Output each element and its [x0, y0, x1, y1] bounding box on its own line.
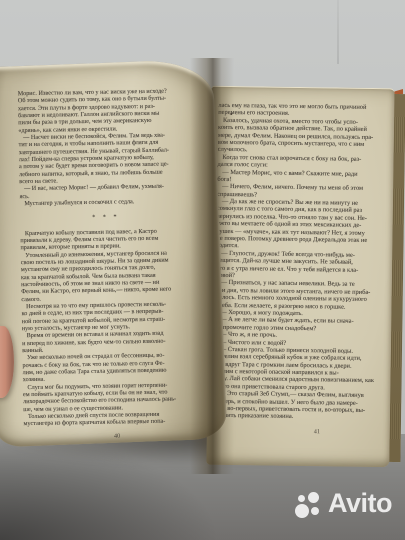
avito-logo-circle: [298, 495, 305, 502]
page-41-number: 41: [237, 427, 397, 436]
book-page-right: лась ему на глаза, так что это не могло …: [206, 86, 394, 468]
book-listing-photo: лась ему на глаза, так что это не могло …: [0, 0, 405, 540]
page-41-text: лась ему на глаза, так что это не могло …: [214, 102, 391, 426]
avito-logo-circle: [311, 507, 319, 515]
text-line: мустангера из форта крапчатая кобыла впе…: [23, 418, 195, 428]
wall-crease: [337, 0, 339, 64]
book-page-left: Морис. Известно ли вам, что у нас виски …: [0, 59, 227, 448]
page-40-number: 40: [31, 431, 203, 441]
avito-watermark: Avito: [295, 491, 392, 522]
avito-logo-circle: [308, 492, 319, 503]
avito-logo-icon: [295, 492, 323, 522]
page-40-text: Морис. Известно ли вам, что у нас виски …: [18, 87, 196, 432]
avito-logo-circle: [295, 504, 309, 518]
avito-watermark-text: Avito: [328, 488, 392, 519]
